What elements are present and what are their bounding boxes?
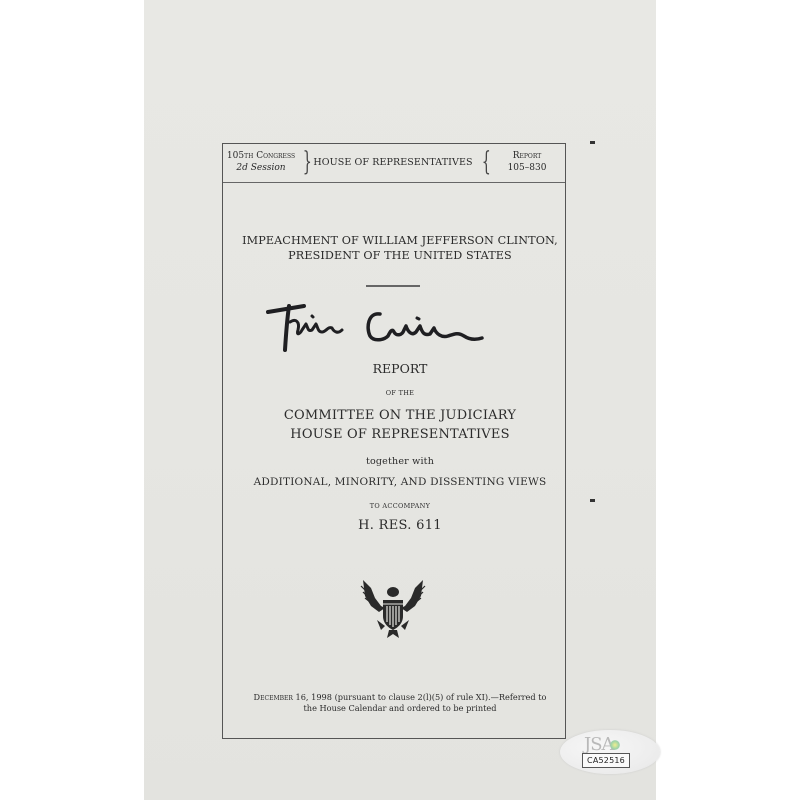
- brace-left-icon: {: [482, 147, 491, 177]
- authentication-sticker: JSA CA52516: [560, 730, 660, 774]
- hologram-icon: [610, 740, 620, 750]
- committee-line-2: HOUSE OF REPRESENTATIVES: [0, 425, 800, 444]
- session-label: 2d Session: [223, 162, 299, 174]
- chamber-label: HOUSE OF REPRESENTATIVES: [313, 157, 473, 168]
- committee-name: COMMITTEE ON THE JUDICIARY HOUSE OF REPR…: [0, 406, 800, 444]
- title-divider: [366, 285, 420, 287]
- report-number-block: Report 105–830: [491, 150, 563, 174]
- eagle-seal-icon: [357, 578, 429, 640]
- report-number: 105–830: [491, 162, 563, 174]
- committee-line-1: COMMITTEE ON THE JUDICIARY: [0, 406, 800, 425]
- document-title: IMPEACHMENT OF WILLIAM JEFFERSON CLINTON…: [0, 233, 800, 263]
- paper-mark: [590, 141, 595, 144]
- report-label: Report: [491, 150, 563, 162]
- report-heading: REPORT: [0, 361, 800, 376]
- signature-image: [262, 298, 487, 358]
- document-header: 105th Congress 2d Session } HOUSE OF REP…: [223, 144, 565, 183]
- footer-date-month: December: [254, 692, 293, 702]
- footer-line-1-text: 16, 1998 (pursuant to clause 2(l)(5) of …: [293, 692, 547, 702]
- title-line-1: IMPEACHMENT OF WILLIAM JEFFERSON CLINTON…: [0, 233, 800, 248]
- brace-right-icon: }: [303, 147, 312, 177]
- of-the-label: OF THE: [0, 389, 800, 397]
- certificate-code: CA52516: [582, 753, 630, 768]
- views-label: ADDITIONAL, MINORITY, AND DISSENTING VIE…: [0, 476, 800, 488]
- together-with-label: together with: [0, 456, 800, 467]
- congress-label: 105th Congress: [223, 150, 299, 162]
- to-accompany-label: TO ACCOMPANY: [0, 502, 800, 510]
- footer-note: December 16, 1998 (pursuant to clause 2(…: [0, 692, 800, 714]
- footer-line-1: December 16, 1998 (pursuant to clause 2(…: [0, 692, 800, 703]
- resolution-number: H. RES. 611: [0, 518, 800, 533]
- congress-session: 105th Congress 2d Session: [223, 150, 299, 174]
- title-line-2: PRESIDENT OF THE UNITED STATES: [0, 248, 800, 263]
- footer-line-2: the House Calendar and ordered to be pri…: [0, 703, 800, 714]
